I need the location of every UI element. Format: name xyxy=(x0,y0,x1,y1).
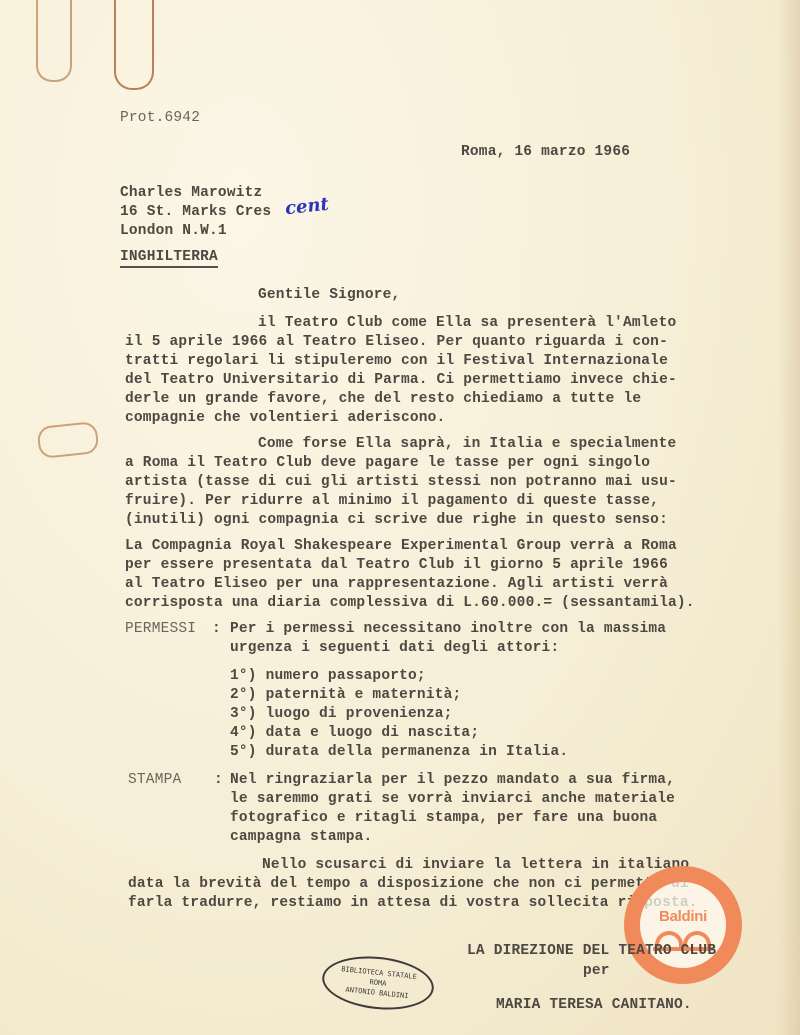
paragraph-line: tratti regolari li stipuleremo con il Fe… xyxy=(125,352,668,371)
paperclip-rust-stain xyxy=(114,0,154,90)
section-line: le saremmo grati se vorrà inviarci anche… xyxy=(230,790,675,809)
paper-edge-shadow xyxy=(778,0,800,1035)
section-line: Per i permessi necessitano inoltre con l… xyxy=(230,620,666,639)
recipient-name: Charles Marowitz xyxy=(120,184,262,203)
paragraph-line: il 5 aprile 1966 al Teatro Eliseo. Per q… xyxy=(125,333,668,352)
section-separator: : xyxy=(212,620,221,639)
paragraph-line: data la brevità del tempo a disposizione… xyxy=(128,875,689,894)
section-line: Nel ringraziarla per il pezzo mandato a … xyxy=(230,771,675,790)
paragraph-line: il Teatro Club come Ella sa presenterà l… xyxy=(258,314,676,333)
section-line: campagna stampa. xyxy=(230,828,372,847)
section-line: urgenza i seguenti dati degli attori: xyxy=(230,639,559,658)
paragraph-line: artista (tasse di cui gli artisti stessi… xyxy=(125,473,677,492)
paragraph-line: (inutili) ogni compagnia ci scrive due r… xyxy=(125,511,668,530)
section-label: STAMPA xyxy=(128,771,181,790)
statement-line: La Compagnia Royal Shakespeare Experimen… xyxy=(125,537,677,556)
baldini-logo: Baldini xyxy=(624,866,742,984)
recipient-country-text: INGHILTERRA xyxy=(120,249,218,268)
statement-line: corrisposta una diaria complessiva di L.… xyxy=(125,594,695,613)
paragraph-line: del Teatro Universitario di Parma. Ci pe… xyxy=(125,371,677,390)
paragraph-line: fruire). Per ridurre al minimo il pagame… xyxy=(125,492,659,511)
salutation: Gentile Signore, xyxy=(258,286,400,305)
statement-line: al Teatro Eliseo per una rappresentazion… xyxy=(125,575,668,594)
paragraph-line: compagnie che volentieri aderiscono. xyxy=(125,409,445,428)
list-item: 1°) numero passaporto; xyxy=(230,667,426,686)
recipient-city: London N.W.1 xyxy=(120,222,227,241)
stamp-line: ANTONIO BALDINI xyxy=(345,985,409,1002)
paragraph-line: Nello scusarci di inviare la lettera in … xyxy=(262,856,689,875)
signature-line: MARIA TERESA CANITANO. xyxy=(496,996,692,1015)
recipient-country: INGHILTERRA xyxy=(120,248,218,267)
handwritten-correction: cent xyxy=(284,194,330,219)
paragraph-line: derle un grande favore, che del resto ch… xyxy=(125,390,641,409)
letter-paper: Prot.6942 Roma, 16 marzo 1966 Charles Ma… xyxy=(0,0,800,1035)
section-label: PERMESSI xyxy=(125,620,196,639)
logo-text: Baldini xyxy=(659,908,707,925)
section-separator: : xyxy=(214,771,223,790)
paperclip-rust-stain xyxy=(36,0,72,82)
protocol-number: Prot.6942 xyxy=(120,109,200,128)
paragraph-line: farla tradurre, restiamo in attesa di vo… xyxy=(128,894,698,913)
recipient-street: 16 St. Marks Cres xyxy=(120,203,271,222)
paragraph-line: a Roma il Teatro Club deve pagare le tas… xyxy=(125,454,650,473)
list-item: 2°) paternità e maternità; xyxy=(230,686,461,705)
list-item: 5°) durata della permanenza in Italia. xyxy=(230,743,568,762)
signature-line: per xyxy=(583,962,610,981)
statement-line: per essere presentata dal Teatro Club il… xyxy=(125,556,668,575)
signature-line: LA DIREZIONE DEL TEATRO CLUB xyxy=(467,942,716,961)
list-item: 3°) luogo di provenienza; xyxy=(230,705,453,724)
list-item: 4°) data e luogo di nascita; xyxy=(230,724,479,743)
library-stamp: BIBLIOTECA STATALE ROMA ANTONIO BALDINI xyxy=(320,951,437,1014)
letter-date: Roma, 16 marzo 1966 xyxy=(461,143,630,162)
paperclip-rust-stain xyxy=(36,421,99,459)
paragraph-line: Come forse Ella saprà, in Italia e speci… xyxy=(258,435,676,454)
section-line: fotografico e ritagli stampa, per fare u… xyxy=(230,809,657,828)
